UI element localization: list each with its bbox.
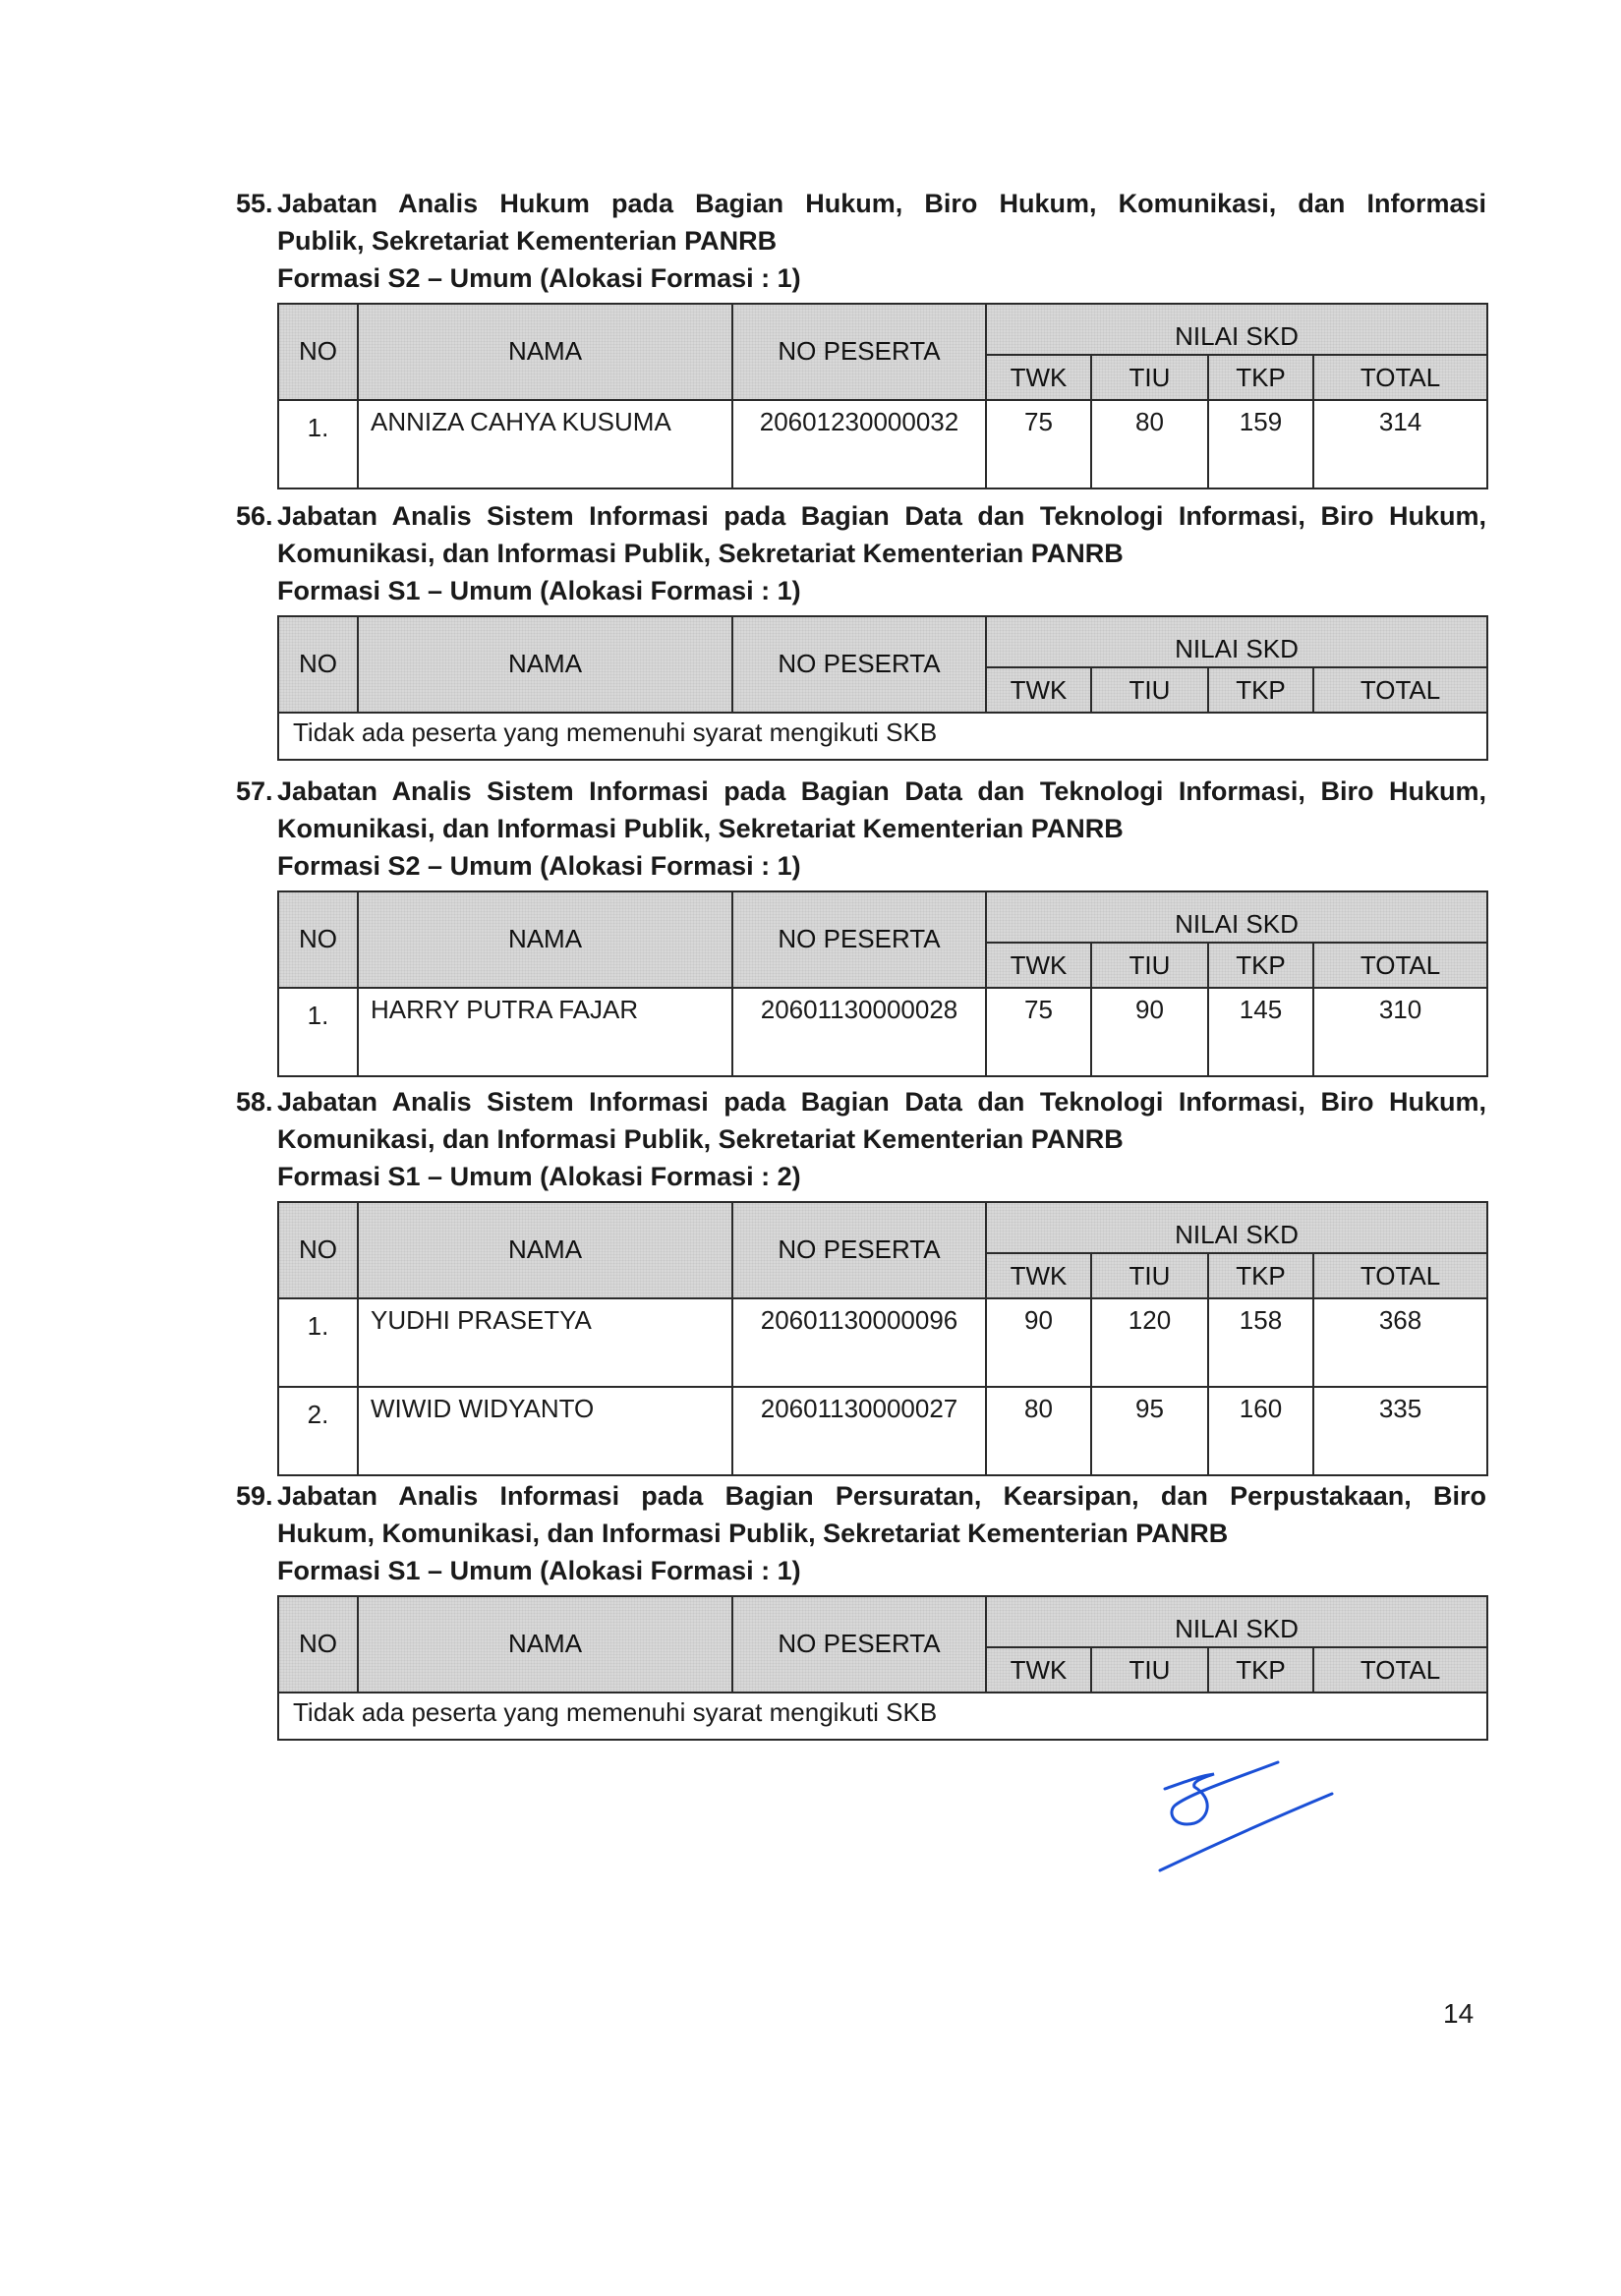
cell-no: 1. — [278, 400, 358, 488]
header-tkp: TKP — [1208, 1253, 1313, 1298]
section-58: 58. Jabatan Analis Sistem Informasi pada… — [236, 1083, 1486, 1476]
header-total: TOTAL — [1313, 667, 1487, 713]
header-tkp: TKP — [1208, 667, 1313, 713]
header-nama: NAMA — [358, 1596, 732, 1693]
header-nama: NAMA — [358, 616, 732, 713]
header-nilai-skd: NILAI SKD — [986, 304, 1487, 355]
cell-total: 368 — [1313, 1298, 1487, 1387]
cell-twk: 80 — [986, 1387, 1091, 1475]
section-title-line1: Jabatan Analis Hukum pada Bagian Hukum, … — [277, 185, 1486, 222]
section-title-line2: Komunikasi, dan Informasi Publik, Sekret… — [277, 1120, 1486, 1158]
header-total: TOTAL — [1313, 943, 1487, 988]
section-heading: 58. Jabatan Analis Sistem Informasi pada… — [236, 1083, 1486, 1195]
formasi-label: Formasi S1 – Umum (Alokasi Formasi : 1) — [277, 1552, 1486, 1589]
table-row: 1. HARRY PUTRA FAJAR 20601130000028 75 9… — [278, 988, 1487, 1076]
document-page: 55. Jabatan Analis Hukum pada Bagian Huk… — [0, 0, 1621, 2296]
header-nilai-skd: NILAI SKD — [986, 616, 1487, 667]
results-table: NO NAMA NO PESERTA NILAI SKD TWK TIU TKP… — [277, 1201, 1488, 1476]
empty-message: Tidak ada peserta yang memenuhi syarat m… — [278, 713, 1487, 760]
header-no-peserta: NO PESERTA — [732, 616, 986, 713]
header-no-peserta: NO PESERTA — [732, 1202, 986, 1298]
header-tiu: TIU — [1091, 943, 1208, 988]
empty-row: Tidak ada peserta yang memenuhi syarat m… — [278, 1693, 1487, 1740]
section-heading: 55. Jabatan Analis Hukum pada Bagian Huk… — [236, 185, 1486, 297]
section-number: 59. — [236, 1477, 277, 1515]
table-row: 1. ANNIZA CAHYA KUSUMA 20601230000032 75… — [278, 400, 1487, 488]
header-total: TOTAL — [1313, 1647, 1487, 1693]
section-number: 58. — [236, 1083, 277, 1120]
cell-twk: 90 — [986, 1298, 1091, 1387]
cell-twk: 75 — [986, 988, 1091, 1076]
cell-no: 1. — [278, 1298, 358, 1387]
cell-no: 1. — [278, 988, 358, 1076]
cell-tkp: 160 — [1208, 1387, 1313, 1475]
cell-nama: YUDHI PRASETYA — [358, 1298, 732, 1387]
results-table: NO NAMA NO PESERTA NILAI SKD TWK TIU TKP… — [277, 615, 1488, 761]
section-title-line2: Komunikasi, dan Informasi Publik, Sekret… — [277, 810, 1486, 847]
empty-message: Tidak ada peserta yang memenuhi syarat m… — [278, 1693, 1487, 1740]
header-total: TOTAL — [1313, 355, 1487, 400]
header-no: NO — [278, 891, 358, 988]
cell-total: 335 — [1313, 1387, 1487, 1475]
section-56: 56. Jabatan Analis Sistem Informasi pada… — [236, 497, 1486, 761]
header-no-peserta: NO PESERTA — [732, 891, 986, 988]
cell-tkp: 145 — [1208, 988, 1313, 1076]
header-nama: NAMA — [358, 1202, 732, 1298]
header-no: NO — [278, 616, 358, 713]
section-heading: 56. Jabatan Analis Sistem Informasi pada… — [236, 497, 1486, 609]
header-no-peserta: NO PESERTA — [732, 304, 986, 400]
header-nilai-skd: NILAI SKD — [986, 891, 1487, 943]
cell-tiu: 95 — [1091, 1387, 1208, 1475]
formasi-label: Formasi S1 – Umum (Alokasi Formasi : 1) — [277, 572, 1486, 609]
results-table: NO NAMA NO PESERTA NILAI SKD TWK TIU TKP… — [277, 303, 1488, 489]
header-tiu: TIU — [1091, 355, 1208, 400]
header-nilai-skd: NILAI SKD — [986, 1596, 1487, 1647]
results-table: NO NAMA NO PESERTA NILAI SKD TWK TIU TKP… — [277, 890, 1488, 1077]
cell-no-peserta: 20601130000028 — [732, 988, 986, 1076]
header-twk: TWK — [986, 355, 1091, 400]
section-57: 57. Jabatan Analis Sistem Informasi pada… — [236, 773, 1486, 1077]
header-no: NO — [278, 304, 358, 400]
section-59: 59. Jabatan Analis Informasi pada Bagian… — [236, 1477, 1486, 1741]
section-heading: 57. Jabatan Analis Sistem Informasi pada… — [236, 773, 1486, 885]
cell-twk: 75 — [986, 400, 1091, 488]
section-title-line1: Jabatan Analis Sistem Informasi pada Bag… — [277, 497, 1486, 535]
header-twk: TWK — [986, 943, 1091, 988]
header-no-peserta: NO PESERTA — [732, 1596, 986, 1693]
section-title-line2: Publik, Sekretariat Kementerian PANRB — [277, 222, 1486, 259]
header-nama: NAMA — [358, 304, 732, 400]
header-twk: TWK — [986, 1647, 1091, 1693]
section-number: 57. — [236, 773, 277, 810]
cell-nama: WIWID WIDYANTO — [358, 1387, 732, 1475]
section-title-line1: Jabatan Analis Sistem Informasi pada Bag… — [277, 773, 1486, 810]
cell-no-peserta: 20601130000027 — [732, 1387, 986, 1475]
cell-tkp: 159 — [1208, 400, 1313, 488]
section-number: 56. — [236, 497, 277, 535]
header-twk: TWK — [986, 667, 1091, 713]
header-twk: TWK — [986, 1253, 1091, 1298]
formasi-label: Formasi S2 – Umum (Alokasi Formasi : 1) — [277, 847, 1486, 885]
header-total: TOTAL — [1313, 1253, 1487, 1298]
header-tkp: TKP — [1208, 943, 1313, 988]
empty-row: Tidak ada peserta yang memenuhi syarat m… — [278, 713, 1487, 760]
section-number: 55. — [236, 185, 277, 222]
page-number: 14 — [1443, 1998, 1474, 2030]
signature-icon — [1155, 1754, 1352, 1892]
cell-nama: ANNIZA CAHYA KUSUMA — [358, 400, 732, 488]
header-tiu: TIU — [1091, 1253, 1208, 1298]
section-title-line1: Jabatan Analis Informasi pada Bagian Per… — [277, 1477, 1486, 1515]
header-nama: NAMA — [358, 891, 732, 988]
section-heading: 59. Jabatan Analis Informasi pada Bagian… — [236, 1477, 1486, 1589]
cell-tiu: 90 — [1091, 988, 1208, 1076]
section-title-line1: Jabatan Analis Sistem Informasi pada Bag… — [277, 1083, 1486, 1120]
cell-tiu: 80 — [1091, 400, 1208, 488]
header-nilai-skd: NILAI SKD — [986, 1202, 1487, 1253]
section-title-line2: Komunikasi, dan Informasi Publik, Sekret… — [277, 535, 1486, 572]
cell-no-peserta: 20601230000032 — [732, 400, 986, 488]
cell-tkp: 158 — [1208, 1298, 1313, 1387]
cell-tiu: 120 — [1091, 1298, 1208, 1387]
header-no: NO — [278, 1596, 358, 1693]
cell-total: 314 — [1313, 400, 1487, 488]
section-55: 55. Jabatan Analis Hukum pada Bagian Huk… — [236, 185, 1486, 489]
formasi-label: Formasi S2 – Umum (Alokasi Formasi : 1) — [277, 259, 1486, 297]
results-table: NO NAMA NO PESERTA NILAI SKD TWK TIU TKP… — [277, 1595, 1488, 1741]
header-tkp: TKP — [1208, 1647, 1313, 1693]
cell-nama: HARRY PUTRA FAJAR — [358, 988, 732, 1076]
cell-no: 2. — [278, 1387, 358, 1475]
header-tiu: TIU — [1091, 667, 1208, 713]
cell-no-peserta: 20601130000096 — [732, 1298, 986, 1387]
section-title-line2: Hukum, Komunikasi, dan Informasi Publik,… — [277, 1515, 1486, 1552]
formasi-label: Formasi S1 – Umum (Alokasi Formasi : 2) — [277, 1158, 1486, 1195]
header-tiu: TIU — [1091, 1647, 1208, 1693]
table-row: 1. YUDHI PRASETYA 20601130000096 90 120 … — [278, 1298, 1487, 1387]
table-row: 2. WIWID WIDYANTO 20601130000027 80 95 1… — [278, 1387, 1487, 1475]
header-no: NO — [278, 1202, 358, 1298]
header-tkp: TKP — [1208, 355, 1313, 400]
cell-total: 310 — [1313, 988, 1487, 1076]
